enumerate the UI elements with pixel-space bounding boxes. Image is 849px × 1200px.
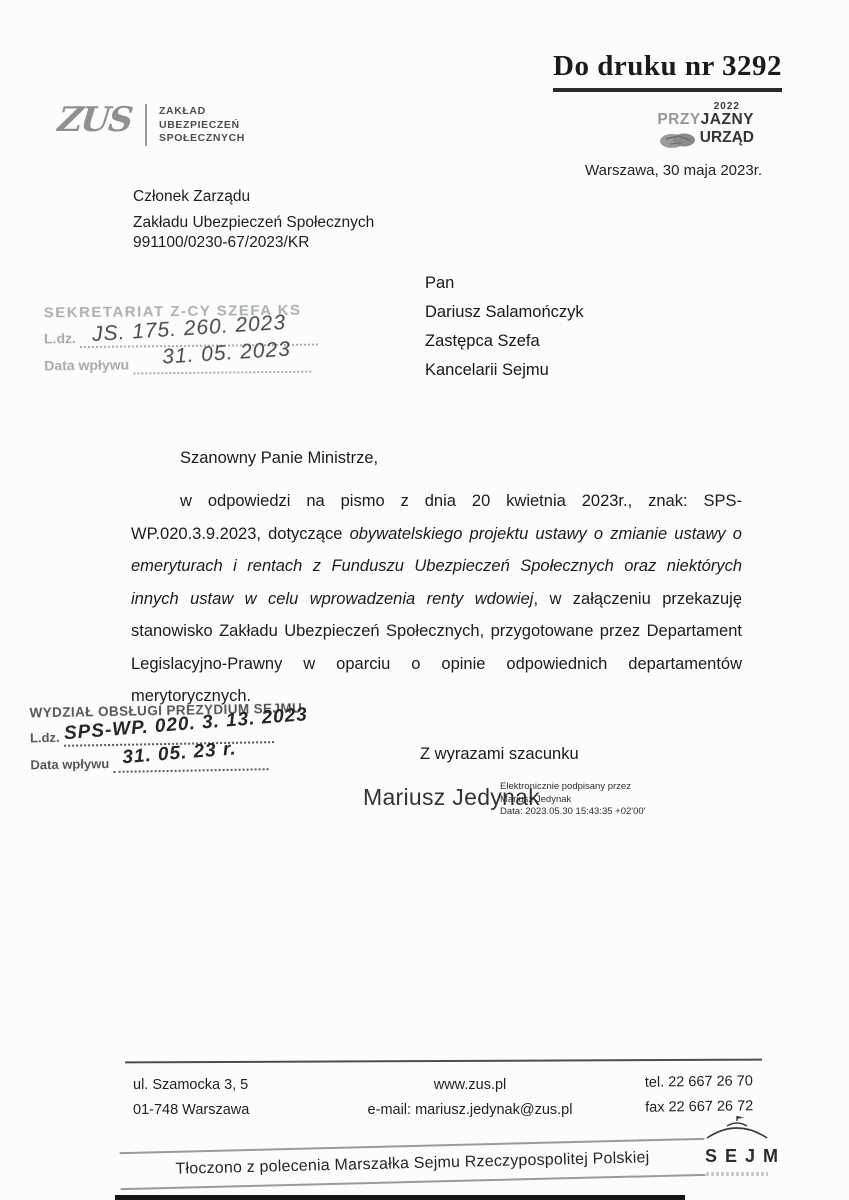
stamp2-ldz-label: L.dz. xyxy=(30,730,60,746)
badge-line2-text: URZĄD xyxy=(700,129,754,146)
reference-number: 991100/0230-67/2023/KR xyxy=(133,234,309,252)
recipient-role: Zastępca Szefa xyxy=(425,327,584,356)
badge-line1-dark: JAZNY xyxy=(701,111,754,128)
esig-line3: Data: 2023.05.30 15:43:35 +02'00' xyxy=(500,806,680,819)
recipient-institution: Kancelarii Sejmu xyxy=(425,356,584,385)
badge-line2: URZĄD xyxy=(644,128,754,146)
sender-block: Członek Zarządu Zakładu Ubezpieczeń Społ… xyxy=(133,184,374,236)
letter-body-paragraph: w odpowiedzi na pismo z dnia 20 kwietnia… xyxy=(131,485,742,713)
letter-salutation: Szanowny Panie Ministrze, xyxy=(180,449,378,468)
stamp1-ldz-label: L.dz. xyxy=(44,330,76,346)
stamp2-date-label: Data wpływu xyxy=(30,756,109,772)
footer-street: ul. Szamocka 3, 5 xyxy=(133,1073,249,1098)
sejm-logo-subtext xyxy=(706,1172,768,1176)
footer-address: ul. Szamocka 3, 5 01-748 Warszawa xyxy=(133,1073,249,1123)
footer-email: e-mail: mariusz.jedynak@zus.pl xyxy=(300,1098,640,1123)
sejm-logo: SEJM xyxy=(699,1114,775,1176)
footer-city: 01-748 Warszawa xyxy=(133,1098,249,1123)
sejm-logo-letters: SEJM xyxy=(699,1146,775,1167)
zus-org-name: ZAKŁAD UBEZPIECZEŃ SPOŁECZNYCH xyxy=(159,102,245,146)
secretariat-receipt-stamp: SEKRETARIAT Z-CY SZEFA KS L.dz. JS. 175.… xyxy=(44,302,319,376)
footer-divider-line xyxy=(125,1059,762,1064)
esig-line1: Elektronicznie podpisany przez xyxy=(500,781,680,794)
badge-line1: PRZYJAZNY xyxy=(644,112,754,128)
zus-logo: ZUS ZAKŁAD UBEZPIECZEŃ SPOŁECZNYCH xyxy=(58,102,245,146)
sejm-dome-icon xyxy=(703,1114,771,1140)
stamp1-date-label: Data wpływu xyxy=(44,357,129,374)
recipient-block: Pan Dariusz Salamończyk Zastępca Szefa K… xyxy=(425,269,584,385)
friendly-office-award-badge: 2022 PRZYJAZNY URZĄD xyxy=(644,101,754,146)
sejm-office-receipt-stamp: WYDZIAŁ OBSŁUGI PREZYDIUM SEJMU L.dz. SP… xyxy=(29,701,303,775)
document-print-number-title: Do druku nr 3292 xyxy=(553,50,782,92)
closing-phrase: Z wyrazami szacunku xyxy=(420,745,579,764)
sender-title: Członek Zarządu xyxy=(133,184,374,210)
recipient-name: Dariusz Salamończyk xyxy=(425,298,584,327)
footer-website: www.zus.pl xyxy=(300,1073,640,1098)
badge-line1-light: PRZY xyxy=(657,111,700,128)
footer-contact-center: www.zus.pl e-mail: mariusz.jedynak@zus.p… xyxy=(300,1073,640,1123)
place-and-date: Warszawa, 30 maja 2023r. xyxy=(585,162,745,179)
zus-logo-divider xyxy=(145,104,147,146)
footer-phone: tel. 22 667 26 70 xyxy=(645,1069,753,1096)
stamp1-date-row: Data wpływu 31. 05. 2023 xyxy=(44,355,319,376)
esig-line2: Mariusz Jedynak xyxy=(500,794,680,807)
zus-logo-mark: ZUS xyxy=(56,102,133,138)
sender-org: Zakładu Ubezpieczeń Społecznych xyxy=(133,210,374,236)
electronic-signature-details: Elektronicznie podpisany przez Mariusz J… xyxy=(500,781,680,819)
scan-artifact-bar xyxy=(115,1195,685,1200)
scanned-letter-page: Do druku nr 3292 ZUS ZAKŁAD UBEZPIECZEŃ … xyxy=(0,0,849,1200)
print-note-strip: Tłoczono z polecenia Marszałka Sejmu Rze… xyxy=(120,1138,706,1190)
handshake-icon xyxy=(658,131,698,149)
stamp2-date-row: Data wpływu 31. 05. 23 r. xyxy=(30,752,303,775)
recipient-salutation-word: Pan xyxy=(425,269,584,298)
